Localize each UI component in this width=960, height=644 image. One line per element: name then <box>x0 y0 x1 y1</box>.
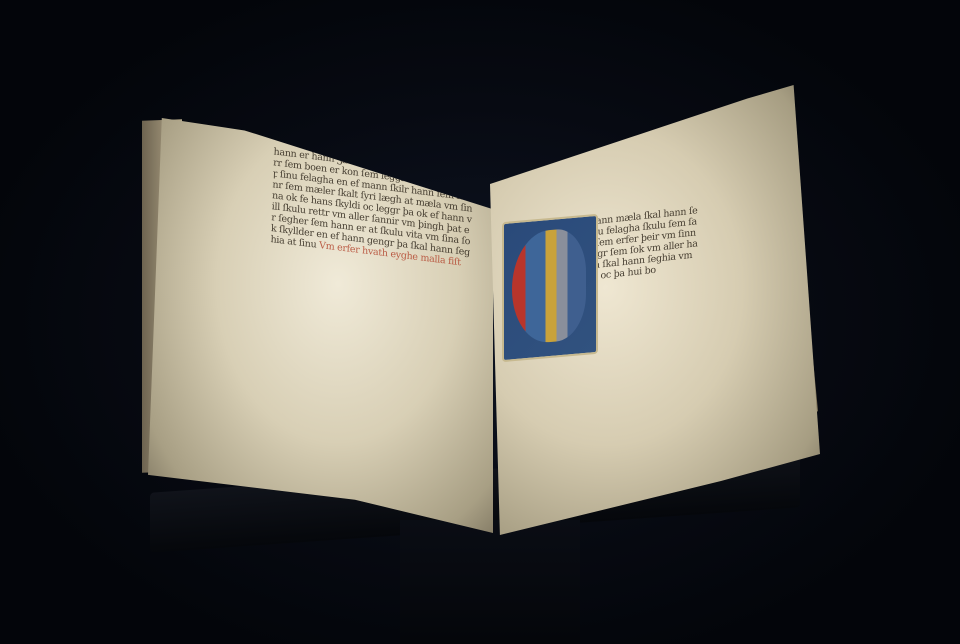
left-page-text: hann er hann ʒanſerer hef ſ ſem eř hann … <box>262 146 473 499</box>
display-stand-post <box>400 520 580 644</box>
illuminated-initial <box>502 214 598 362</box>
miniature-figures <box>512 227 586 345</box>
